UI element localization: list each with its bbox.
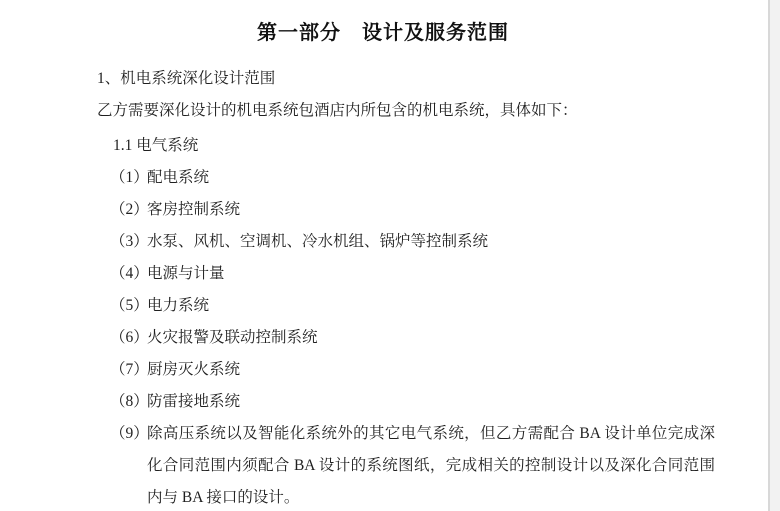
list-item-number: （5）: [110, 290, 147, 322]
list-item-number: （2）: [110, 194, 147, 226]
list-item-text: 客房控制系统: [147, 194, 715, 226]
list-item: （1） 配电系统: [110, 162, 766, 194]
list-item: （2） 客房控制系统: [110, 194, 766, 226]
list-item-number: （7）: [110, 354, 147, 386]
subsection-heading: 1.1 电气系统: [113, 130, 766, 162]
section-heading: 1、机电系统深化设计范围: [97, 63, 766, 95]
list-item-number: （3）: [110, 226, 147, 258]
list-item-text: 配电系统: [147, 162, 715, 194]
list-item: （5） 电力系统: [110, 290, 766, 322]
list-item: （8） 防雷接地系统: [110, 386, 766, 418]
numbered-list: （1） 配电系统 （2） 客房控制系统 （3） 水泵、风机、空调机、冷水机组、锅…: [110, 162, 766, 511]
list-item-number: （1）: [110, 162, 147, 194]
list-item-number: （4）: [110, 258, 147, 290]
document-page: 第一部分 设计及服务范围 1、机电系统深化设计范围 乙方需要深化设计的机电系统包…: [0, 0, 780, 511]
list-item: （9） 除高压系统以及智能化系统外的其它电气系统，但乙方需配合 BA 设计单位完…: [110, 418, 766, 511]
list-item: （6） 火灾报警及联动控制系统: [110, 322, 766, 354]
document-title: 第一部分 设计及服务范围: [0, 0, 766, 46]
list-item-text: 电源与计量: [147, 258, 715, 290]
list-item-text: 水泵、风机、空调机、冷水机组、锅炉等控制系统: [147, 226, 715, 258]
intro-paragraph: 乙方需要深化设计的机电系统包酒店内所包含的机电系统，具体如下：: [97, 95, 766, 127]
list-item-text: 厨房灭火系统: [147, 354, 715, 386]
list-item: （4） 电源与计量: [110, 258, 766, 290]
list-item-text: 火灾报警及联动控制系统: [147, 322, 715, 354]
list-item-text: 电力系统: [147, 290, 715, 322]
page-edge-strip: [768, 0, 780, 511]
list-item-text: 防雷接地系统: [147, 386, 715, 418]
list-item-text: 除高压系统以及智能化系统外的其它电气系统，但乙方需配合 BA 设计单位完成深化合…: [147, 418, 715, 511]
list-item: （3） 水泵、风机、空调机、冷水机组、锅炉等控制系统: [110, 226, 766, 258]
document-content: 第一部分 设计及服务范围 1、机电系统深化设计范围 乙方需要深化设计的机电系统包…: [0, 0, 766, 511]
list-item-number: （6）: [110, 322, 147, 354]
list-item: （7） 厨房灭火系统: [110, 354, 766, 386]
list-item-number: （9）: [110, 418, 147, 450]
list-item-number: （8）: [110, 386, 147, 418]
